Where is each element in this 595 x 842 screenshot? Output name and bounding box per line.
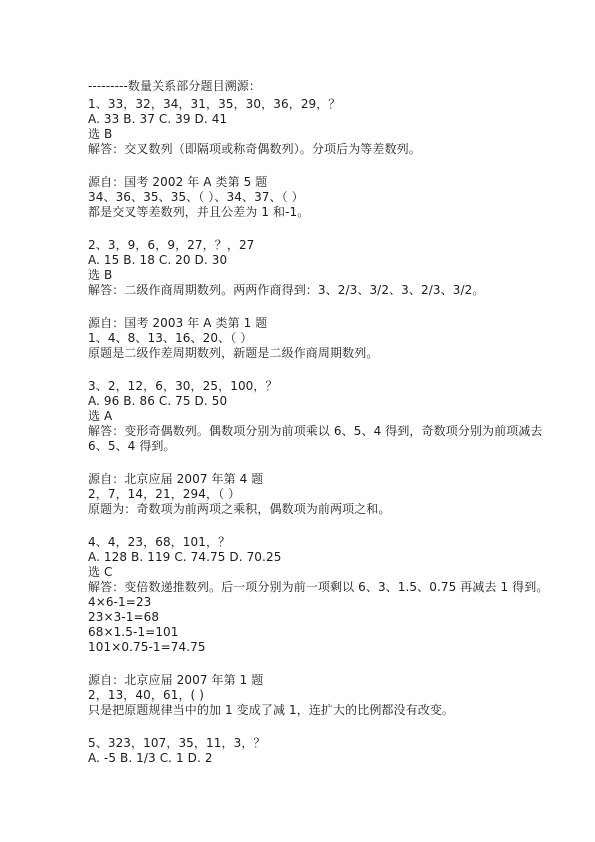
text-line: 解答：变形奇偶数列。偶数项分别为前项乘以 6、5、4 得到，奇数项分别为前项减去 xyxy=(88,424,528,439)
source-1: 源自：国考 2002 年 A 类第 5 题34、36、35、35、（ ）、34、… xyxy=(88,175,528,220)
question-1: 1、33，32，34，31，35，30，36，29，？A. 33 B. 37 C… xyxy=(88,97,528,157)
text-line: 2，7，14，21，294，（ ） xyxy=(88,487,528,502)
text-line: 解答：二级作商周期数列。两两作商得到：3、2/3、3/2、3、2/3、3/2。 xyxy=(88,283,528,298)
text-line: 解答：交叉数列（即隔项或称奇偶数列）。分项后为等差数列。 xyxy=(88,142,528,157)
text-line: 101×0.75-1=74.75 xyxy=(88,640,528,655)
text-line: A. 96 B. 86 C. 75 D. 50 xyxy=(88,394,528,409)
question-5: 5、323，107，35，11，3，？A. -5 B. 1/3 C. 1 D. … xyxy=(88,736,528,766)
text-line: 5、323，107，35，11，3，？ xyxy=(88,736,528,751)
text-line: 选 B xyxy=(88,127,528,142)
text-line: 1、33，32，34，31，35，30，36，29，？ xyxy=(88,97,528,112)
text-line: 2，13，40，61，( ) xyxy=(88,688,528,703)
text-line: A. 33 B. 37 C. 39 D. 41 xyxy=(88,112,528,127)
question-2: 2、3，9，6，9，27，？，27A. 15 B. 18 C. 20 D. 30… xyxy=(88,238,528,298)
source-4: 源自：北京应届 2007 年第 1 题2，13，40，61，( )只是把原题规律… xyxy=(88,673,528,718)
source-2: 源自：国考 2003 年 A 类第 1 题1、4、8、13、16、20、（ ）原… xyxy=(88,316,528,361)
question-3: 3、2，12，6，30，25，100，？A. 96 B. 86 C. 75 D.… xyxy=(88,379,528,454)
text-line: 选 C xyxy=(88,565,528,580)
text-line: 选 B xyxy=(88,268,528,283)
text-line: 原题是二级作差周期数列，新题是二级作商周期数列。 xyxy=(88,346,528,361)
text-line: 源自：北京应届 2007 年第 4 题 xyxy=(88,472,528,487)
text-line: 23×3-1=68 xyxy=(88,610,528,625)
text-line: 1、4、8、13、16、20、（ ） xyxy=(88,331,528,346)
document-title: ---------数量关系部分题目溯源： xyxy=(88,79,528,94)
source-3: 源自：北京应届 2007 年第 4 题2，7，14，21，294，（ ）原题为：… xyxy=(88,472,528,517)
text-line: 68×1.5-1=101 xyxy=(88,625,528,640)
text-line: 4、4，23，68，101，？ xyxy=(88,535,528,550)
text-line: 34、36、35、35、（ ）、34、37、（ ） xyxy=(88,190,528,205)
text-line: 6、5、4 得到。 xyxy=(88,439,528,454)
document-page: ---------数量关系部分题目溯源： 1、33，32，34，31，35，30… xyxy=(0,0,595,842)
text-line: 选 A xyxy=(88,409,528,424)
question-4: 4、4，23，68，101，？A. 128 B. 119 C. 74.75 D.… xyxy=(88,535,528,655)
document-content: ---------数量关系部分题目溯源： 1、33，32，34，31，35，30… xyxy=(88,79,528,766)
text-line: 2、3，9，6，9，27，？，27 xyxy=(88,238,528,253)
text-line: 源自：国考 2002 年 A 类第 5 题 xyxy=(88,175,528,190)
text-line: 4×6-1=23 xyxy=(88,595,528,610)
text-line: 只是把原题规律当中的加 1 变成了减 1，连扩大的比例都没有改变。 xyxy=(88,703,528,718)
text-line: 都是交叉等差数列，并且公差为 1 和-1。 xyxy=(88,205,528,220)
text-line: 源自：北京应届 2007 年第 1 题 xyxy=(88,673,528,688)
text-line: A. 128 B. 119 C. 74.75 D. 70.25 xyxy=(88,550,528,565)
text-line: 原题为：奇数项为前两项之乘积，偶数项为前两项之和。 xyxy=(88,502,528,517)
text-line: 3、2，12，6，30，25，100，？ xyxy=(88,379,528,394)
text-line: A. 15 B. 18 C. 20 D. 30 xyxy=(88,253,528,268)
text-line: 解答：变倍数递推数列。后一项分别为前一项剩以 6、3、1.5、0.75 再减去 … xyxy=(88,580,528,595)
text-line: A. -5 B. 1/3 C. 1 D. 2 xyxy=(88,751,528,766)
text-line: 源自：国考 2003 年 A 类第 1 题 xyxy=(88,316,528,331)
